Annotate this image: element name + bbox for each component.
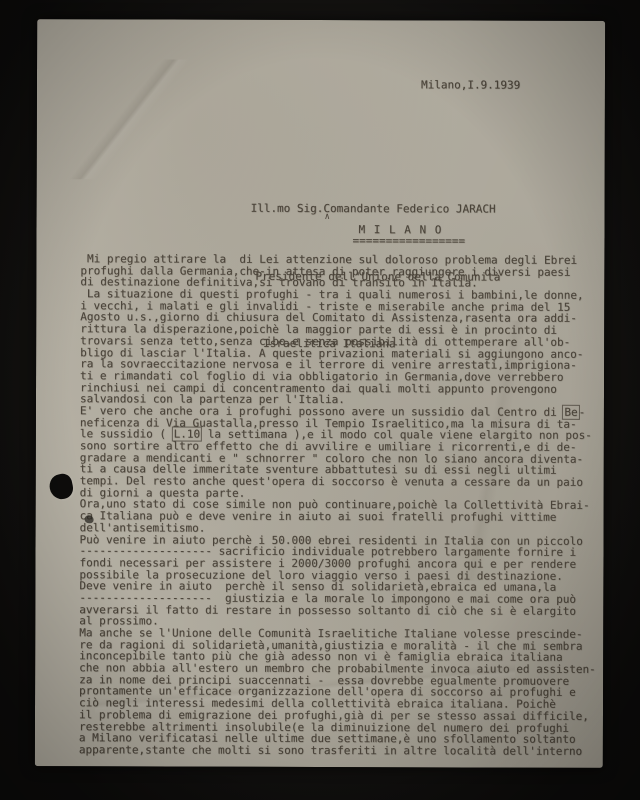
city-underline: ================= — [352, 234, 465, 247]
recipient-line: Ill.mo Sig.Comandante Federico JARACH — [251, 198, 501, 221]
letter-date: Milano,I.9.1939 — [421, 78, 520, 91]
letter-page: Milano,I.9.1939 Ill.mo Sig.Comandante Fe… — [35, 19, 605, 768]
handwritten-insertion-mark: ∧ — [325, 212, 330, 222]
punch-hole — [85, 515, 94, 523]
punch-hole — [47, 472, 75, 501]
body-line: apparente,stante che molti si sono trasf… — [79, 744, 596, 757]
photograph-background: Milano,I.9.1939 Ill.mo Sig.Comandante Fe… — [0, 0, 640, 800]
paper-crease — [37, 59, 217, 180]
letter-body: Mi pregio attirare la di Lei attenzione … — [79, 253, 597, 757]
